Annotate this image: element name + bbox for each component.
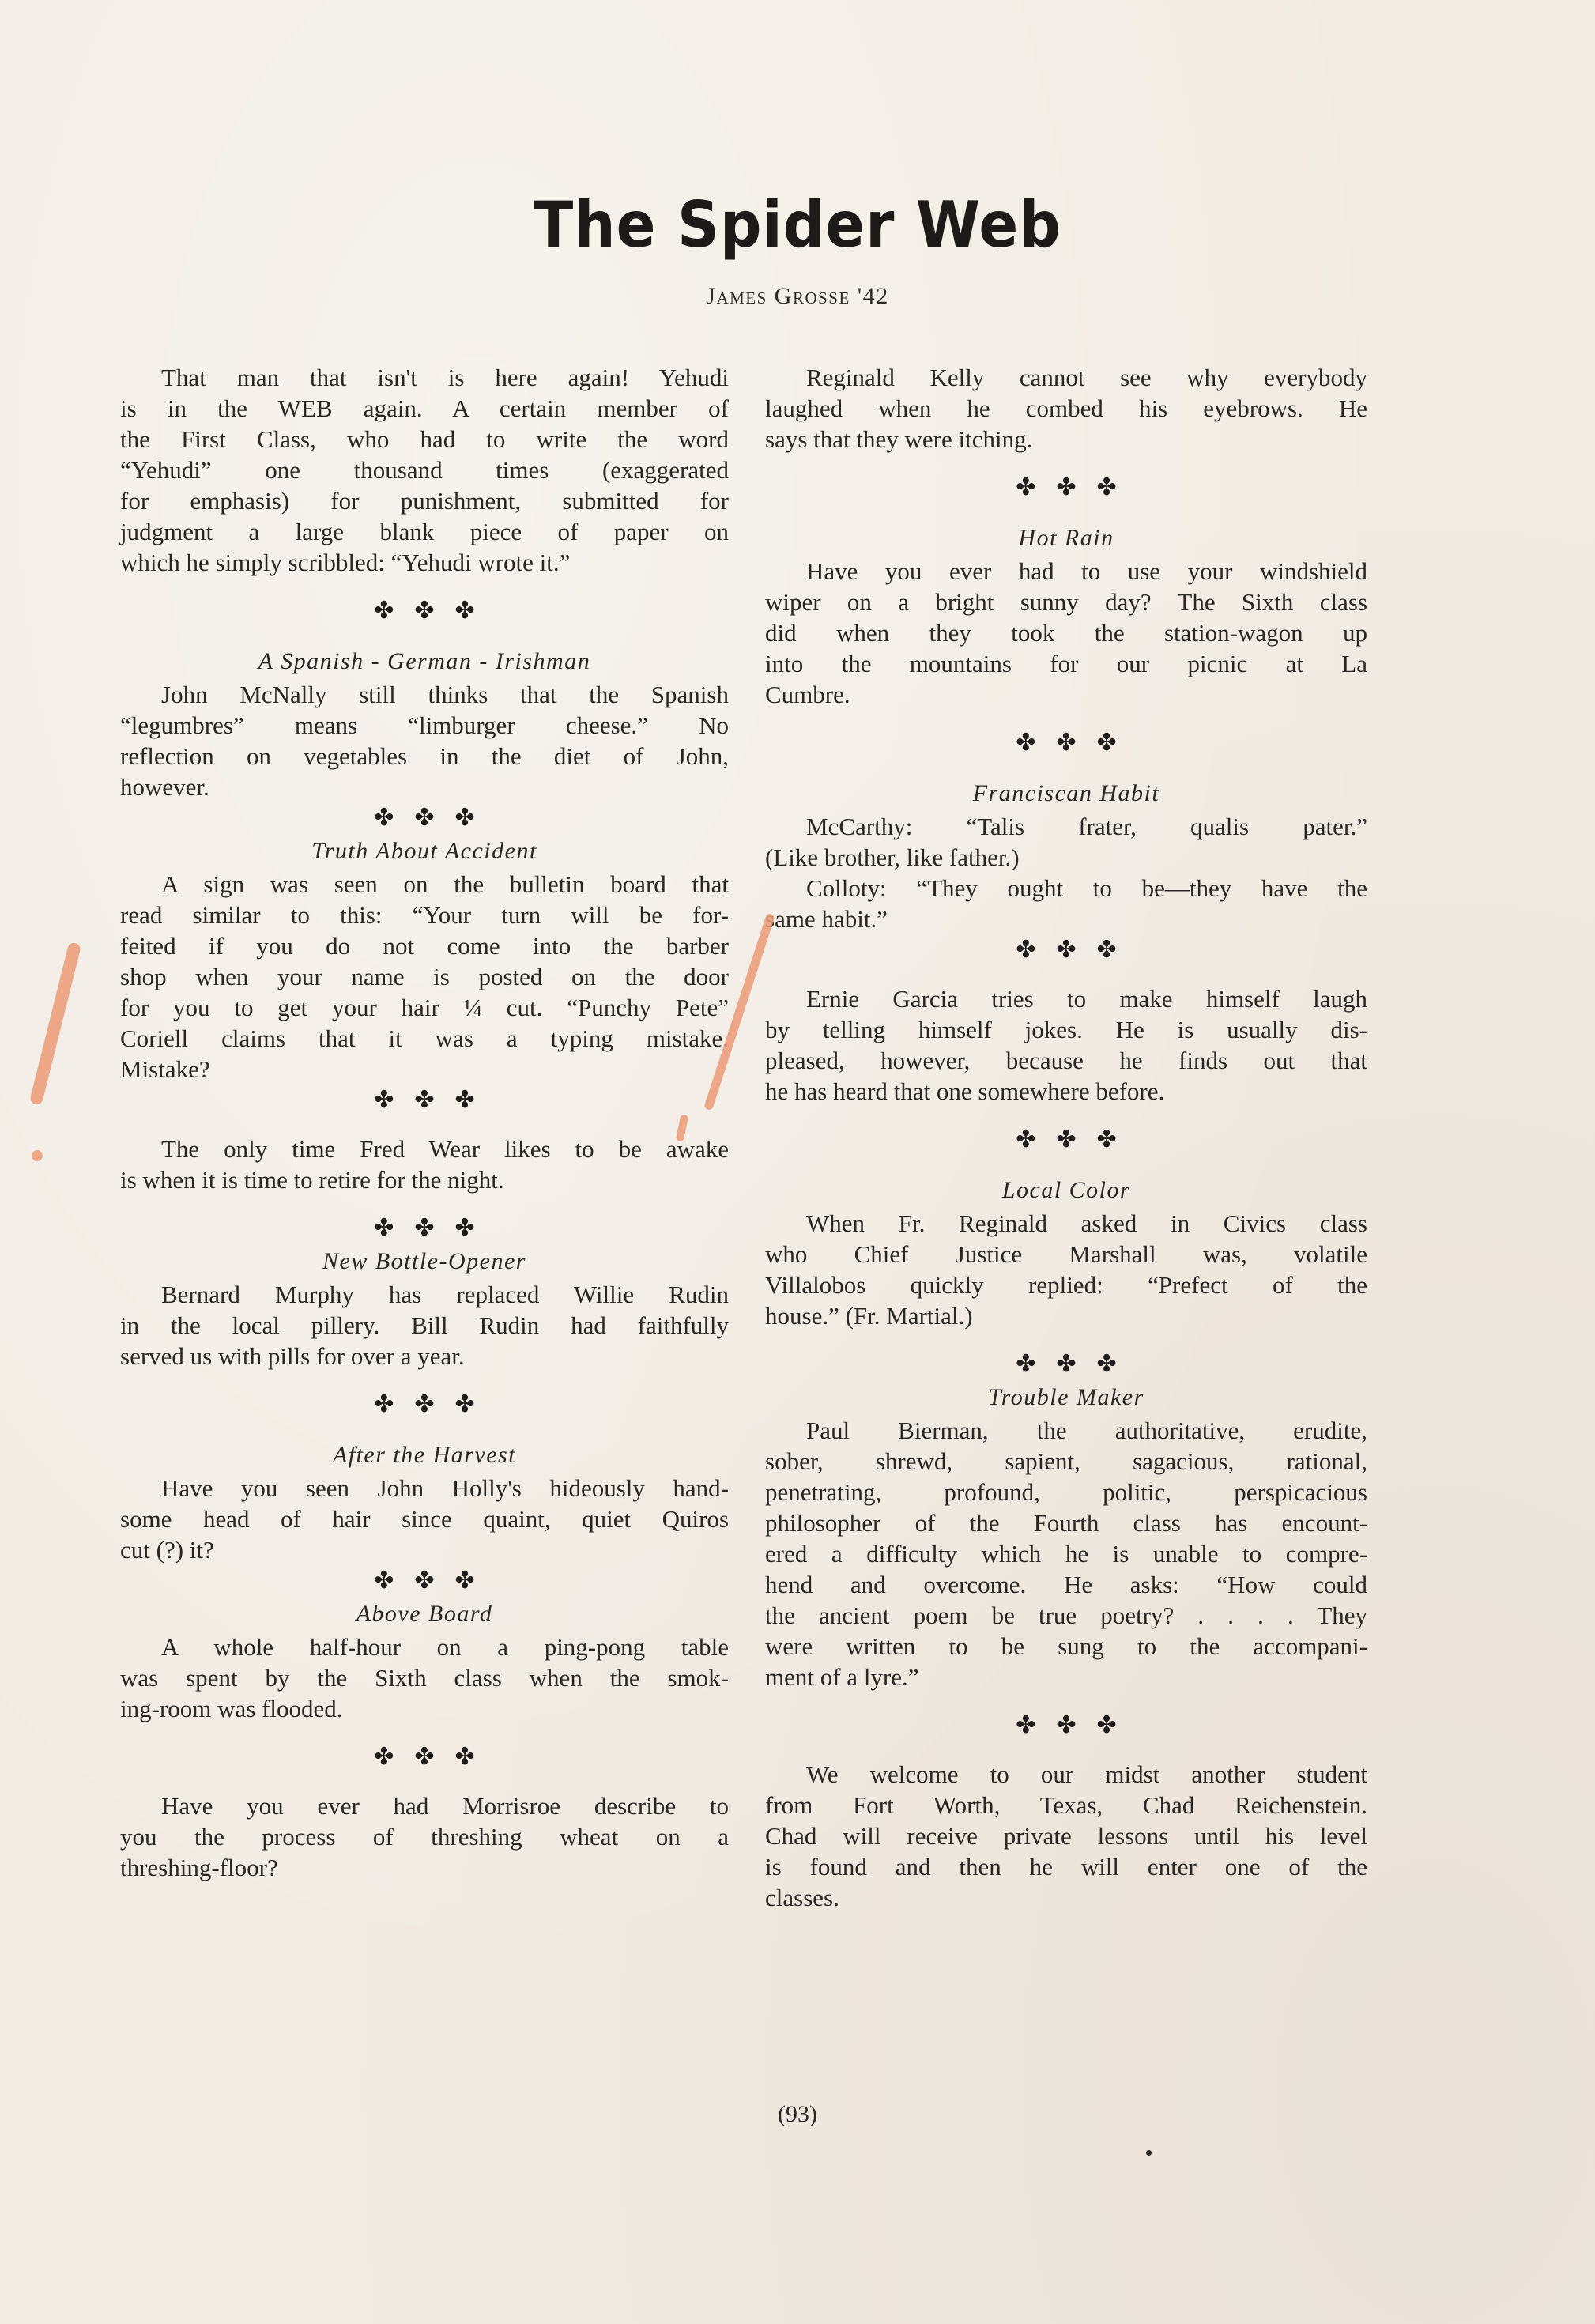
text-line: for you to get your hair ¼ cut. “Punchy … bbox=[120, 992, 729, 1023]
text-line: the ancient poem be true poetry? . . . .… bbox=[765, 1600, 1367, 1631]
text-line: (Like brother, like father.) bbox=[765, 842, 1367, 873]
item-heading: New Bottle-Opener bbox=[120, 1244, 729, 1279]
text-line: wiper on a bright sunny day? The Sixth c… bbox=[765, 587, 1367, 617]
text-line: Chad will receive private lessons until … bbox=[765, 1820, 1367, 1851]
item-yehudi: That man that isn't is here again! Yehud… bbox=[120, 362, 729, 578]
text-line: We welcome to our midst another student bbox=[765, 1759, 1367, 1790]
item-heading: Hot Rain bbox=[765, 521, 1367, 556]
fleuron-separator-icon: ✤✤✤ bbox=[765, 934, 1367, 966]
text-line: Colloty: “They ought to be—they have the bbox=[765, 873, 1367, 904]
text-line: philosopher of the Fourth class has enco… bbox=[765, 1507, 1367, 1538]
text-line: laughed when he combed his eyebrows. He bbox=[765, 393, 1367, 424]
text-line: house.” (Fr. Martial.) bbox=[765, 1300, 1367, 1331]
text-line: by telling himself jokes. He is usually … bbox=[765, 1014, 1367, 1045]
text-line: who Chief Justice Marshall was, volatile bbox=[765, 1239, 1367, 1270]
fleuron-separator-icon: ✤✤✤ bbox=[120, 802, 729, 834]
text-line: When Fr. Reginald asked in Civics class bbox=[765, 1208, 1367, 1239]
text-line: A whole half-hour on a ping-pong table bbox=[120, 1632, 729, 1662]
fleuron-separator-icon: ✤✤✤ bbox=[120, 1565, 729, 1597]
text-line: Bernard Murphy has replaced Willie Rudin bbox=[120, 1279, 729, 1310]
page-title: The Spider Web bbox=[64, 188, 1532, 262]
text-line: which he simply scribbled: “Yehudi wrote… bbox=[120, 547, 729, 578]
text-line: feited if you do not come into the barbe… bbox=[120, 930, 729, 961]
text-line: Reginald Kelly cannot see why everybody bbox=[765, 362, 1367, 393]
item-ernie-garcia: Ernie Garcia tries to make himself laugh… bbox=[765, 983, 1367, 1107]
text-line: he has heard that one somewhere before. bbox=[765, 1076, 1367, 1107]
item-heading: A Spanish - German - Irishman bbox=[120, 644, 729, 679]
text-line: says that they were itching. bbox=[765, 424, 1367, 455]
item-trouble-maker: Trouble Maker Paul Bierman, the authorit… bbox=[765, 1380, 1367, 1692]
item-heading: Local Color bbox=[765, 1173, 1367, 1208]
item-reginald-kelly: Reginald Kelly cannot see why everybody … bbox=[765, 362, 1367, 455]
page-number: (93) bbox=[0, 2101, 1595, 2128]
text-line: ment of a lyre.” bbox=[765, 1662, 1367, 1692]
text-line: Mistake? bbox=[120, 1054, 729, 1085]
item-franciscan-habit: Franciscan Habit McCarthy: “Talis frater… bbox=[765, 776, 1367, 934]
item-new-bottle-opener: New Bottle-Opener Bernard Murphy has rep… bbox=[120, 1244, 729, 1371]
text-line: is when it is time to retire for the nig… bbox=[120, 1164, 729, 1195]
text-line: “Yehudi” one thousand times (exaggerated bbox=[120, 455, 729, 485]
text-line: shop when your name is posted on the doo… bbox=[120, 961, 729, 992]
item-hot-rain: Hot Rain Have you ever had to use your w… bbox=[765, 521, 1367, 710]
text-line: cut (?) it? bbox=[120, 1534, 729, 1565]
text-line: Have you ever had Morrisroe describe to bbox=[120, 1790, 729, 1821]
fleuron-separator-icon: ✤✤✤ bbox=[765, 727, 1367, 759]
text-line: Villalobos quickly replied: “Prefect of … bbox=[765, 1270, 1367, 1300]
text-line: A sign was seen on the bulletin board th… bbox=[120, 869, 729, 900]
text-line: John McNally still thinks that the Spani… bbox=[120, 679, 729, 710]
item-heading: Franciscan Habit bbox=[765, 776, 1367, 811]
fleuron-separator-icon: ✤✤✤ bbox=[120, 1741, 729, 1773]
text-line: however. bbox=[120, 772, 729, 802]
text-line: served us with pills for over a year. bbox=[120, 1341, 729, 1371]
item-heading: Trouble Maker bbox=[765, 1380, 1367, 1415]
fleuron-separator-icon: ✤✤✤ bbox=[765, 1349, 1367, 1380]
item-heading: Above Board bbox=[120, 1597, 729, 1632]
text-line: penetrating, profound, politic, perspica… bbox=[765, 1477, 1367, 1507]
text-line: The only time Fred Wear likes to be awak… bbox=[120, 1134, 729, 1164]
text-line: you the process of threshing wheat on a bbox=[120, 1821, 729, 1852]
text-line: judgment a large blank piece of paper on bbox=[120, 516, 729, 547]
fleuron-separator-icon: ✤✤✤ bbox=[120, 1085, 729, 1116]
fleuron-separator-icon: ✤✤✤ bbox=[765, 472, 1367, 504]
item-truth-about-accident: Truth About Accident A sign was seen on … bbox=[120, 834, 729, 1085]
text-line: ered a difficulty which he is unable to … bbox=[765, 1538, 1367, 1569]
item-heading: After the Harvest bbox=[120, 1438, 729, 1473]
text-line: That man that isn't is here again! Yehud… bbox=[120, 362, 729, 393]
text-line: Have you seen John Holly's hideously han… bbox=[120, 1473, 729, 1503]
text-line: in the local pillery. Bill Rudin had fai… bbox=[120, 1310, 729, 1341]
text-line: Have you ever had to use your windshield bbox=[765, 556, 1367, 587]
magazine-page: The Spider Web James Grosse '42 That man… bbox=[0, 0, 1595, 2324]
text-line: classes. bbox=[765, 1882, 1367, 1913]
text-line: into the mountains for our picnic at La bbox=[765, 648, 1367, 679]
text-line: is in the WEB again. A certain member of bbox=[120, 393, 729, 424]
text-line: from Fort Worth, Texas, Chad Reichenstei… bbox=[765, 1790, 1367, 1820]
item-spanish-german-irishman: A Spanish - German - Irishman John McNal… bbox=[120, 644, 729, 802]
item-local-color: Local Color When Fr. Reginald asked in C… bbox=[765, 1173, 1367, 1331]
left-column: That man that isn't is here again! Yehud… bbox=[120, 362, 729, 1883]
text-line: Paul Bierman, the authoritative, erudite… bbox=[765, 1415, 1367, 1446]
text-line: was spent by the Sixth class when the sm… bbox=[120, 1662, 729, 1693]
text-line: “legumbres” means “limburger cheese.” No bbox=[120, 710, 729, 741]
text-line: McCarthy: “Talis frater, qualis pater.” bbox=[765, 811, 1367, 842]
right-column: Reginald Kelly cannot see why everybody … bbox=[765, 362, 1367, 1913]
text-line: did when they took the station-wagon up bbox=[765, 617, 1367, 648]
text-line: Cumbre. bbox=[765, 679, 1367, 710]
fleuron-separator-icon: ✤✤✤ bbox=[765, 1124, 1367, 1156]
text-line: hend and overcome. He asks: “How could bbox=[765, 1569, 1367, 1600]
fleuron-separator-icon: ✤✤✤ bbox=[120, 1389, 729, 1420]
text-line: ing-room was flooded. bbox=[120, 1693, 729, 1724]
item-morrisroe: Have you ever had Morrisroe describe to … bbox=[120, 1790, 729, 1883]
text-line: same habit.” bbox=[765, 904, 1367, 934]
item-fred-wear: The only time Fred Wear likes to be awak… bbox=[120, 1134, 729, 1195]
fleuron-separator-icon: ✤✤✤ bbox=[765, 1710, 1367, 1741]
text-line: threshing-floor? bbox=[120, 1852, 729, 1883]
text-line: pleased, however, because he finds out t… bbox=[765, 1045, 1367, 1076]
text-line: some head of hair since quaint, quiet Qu… bbox=[120, 1503, 729, 1534]
text-line: reflection on vegetables in the diet of … bbox=[120, 741, 729, 772]
pencil-mark-left bbox=[29, 941, 81, 1106]
text-line: sober, shrewd, sapient, sagacious, ratio… bbox=[765, 1446, 1367, 1477]
item-chad-reichenstein: We welcome to our midst another student … bbox=[765, 1759, 1367, 1913]
text-line: Ernie Garcia tries to make himself laugh bbox=[765, 983, 1367, 1014]
text-line: for emphasis) for punishment, submitted … bbox=[120, 485, 729, 516]
text-line: is found and then he will enter one of t… bbox=[765, 1851, 1367, 1882]
ink-speck bbox=[1146, 2150, 1152, 2156]
text-line: were written to be sung to the accompani… bbox=[765, 1631, 1367, 1662]
text-line: the First Class, who had to write the wo… bbox=[120, 424, 729, 455]
text-line: Coriell claims that it was a typing mist… bbox=[120, 1023, 729, 1054]
fleuron-separator-icon: ✤✤✤ bbox=[120, 595, 729, 627]
pencil-dot-left bbox=[32, 1150, 43, 1161]
item-heading: Truth About Accident bbox=[120, 834, 729, 869]
author-byline: James Grosse '42 bbox=[0, 283, 1595, 310]
item-above-board: Above Board A whole half-hour on a ping-… bbox=[120, 1597, 729, 1724]
fleuron-separator-icon: ✤✤✤ bbox=[120, 1213, 729, 1244]
item-after-the-harvest: After the Harvest Have you seen John Hol… bbox=[120, 1438, 729, 1565]
text-line: read similar to this: “Your turn will be… bbox=[120, 900, 729, 930]
